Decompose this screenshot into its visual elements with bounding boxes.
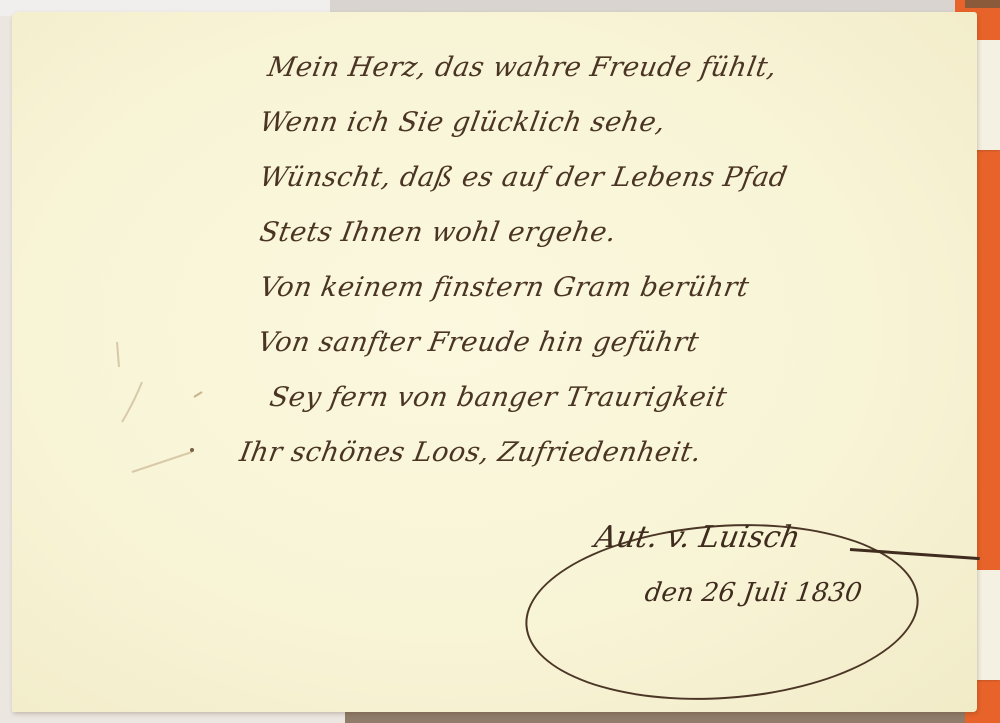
poem-line: Wenn ich Sie glücklich sehe, xyxy=(255,95,935,150)
signature-date: den 26 Juli 1830 xyxy=(643,578,864,608)
poem-text: Mein Herz, das wahre Freude fühlt, Wenn … xyxy=(250,40,930,480)
poem-line: Von keinem finstern Gram berührt xyxy=(255,260,935,315)
poem-line: Mein Herz, das wahre Freude fühlt, xyxy=(263,40,935,95)
poem-line: Ihr schönes Loos, Zufriedenheit. xyxy=(235,425,935,480)
poem-line: Stets Ihnen wohl ergehe. xyxy=(255,205,935,260)
poem-line: Wünscht, daß es auf der Lebens Pfad xyxy=(255,150,935,205)
signature: Aut. v. Luisch xyxy=(592,520,803,555)
poem-line: Sey fern von banger Traurigkeit xyxy=(265,370,935,425)
album-spine-edge xyxy=(965,0,1000,8)
poem-line: Von sanfter Freude hin geführt xyxy=(253,315,935,370)
faded-ink-stains xyxy=(112,332,232,482)
